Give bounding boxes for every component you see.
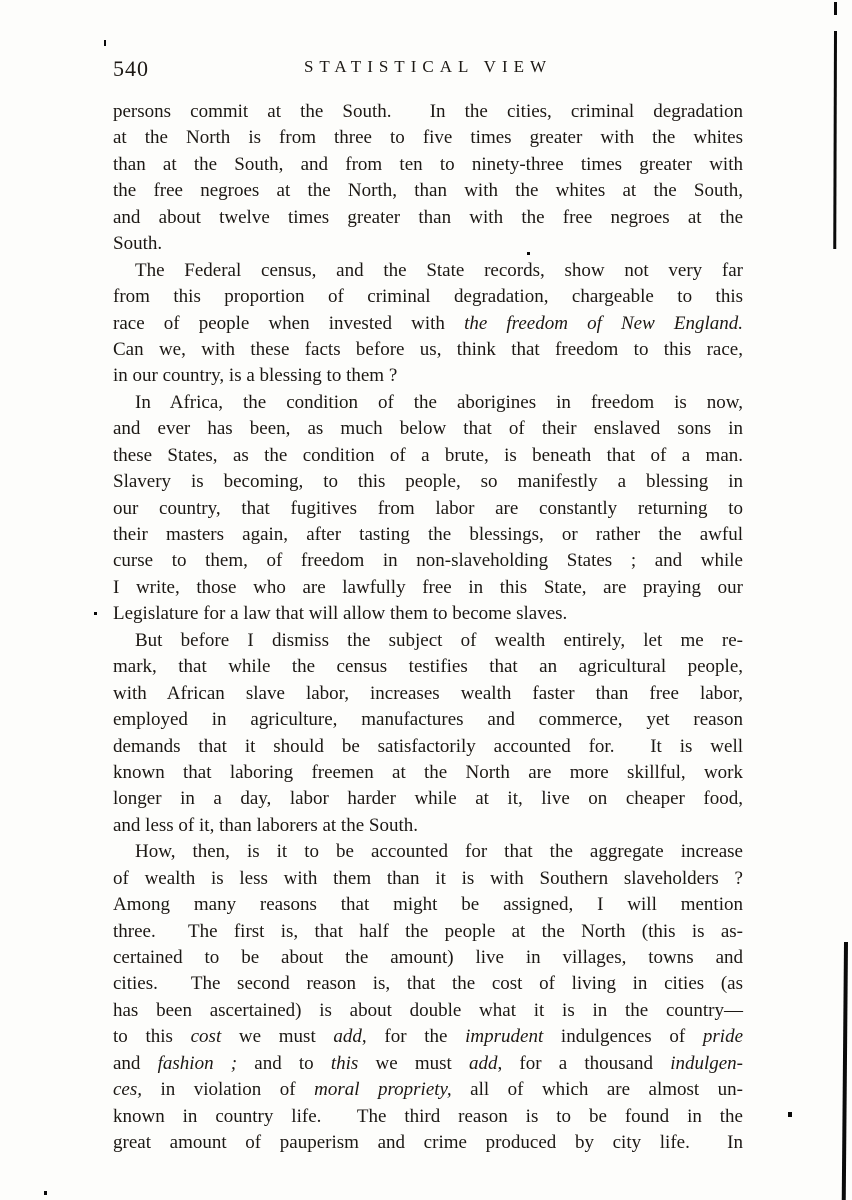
text-line: and less of it, than laborers at the Sou…	[113, 813, 743, 839]
text-line: known that laboring freemen at the North…	[113, 760, 743, 786]
text-line: at the North is from three to five times…	[113, 125, 743, 151]
paragraph: In Africa, the condition of the aborigin…	[113, 390, 743, 628]
text-line: than at the South, and from ten to ninet…	[113, 152, 743, 178]
text-line: Legislature for a law that will allow th…	[113, 601, 743, 627]
text-line: The Federal census, and the State record…	[113, 258, 743, 284]
scan-artifact-speck	[94, 612, 97, 615]
book-page: 540 STATISTICAL VIEW persons commit at t…	[0, 0, 852, 1200]
text-line: and fashion ; and to this we must add, f…	[113, 1051, 743, 1077]
text-line: with African slave labor, increases weal…	[113, 681, 743, 707]
text-line: their masters again, after tasting the b…	[113, 522, 743, 548]
text-line: these States, as the condition of a brut…	[113, 443, 743, 469]
text-line: from this proportion of criminal degrada…	[113, 284, 743, 310]
scan-artifact-right-line-bottom	[842, 942, 848, 1200]
text-line: South.	[113, 231, 743, 257]
text-line: to this cost we must add, for the imprud…	[113, 1024, 743, 1050]
text-line: In Africa, the condition of the aborigin…	[113, 390, 743, 416]
text-line: employed in agriculture, manufactures an…	[113, 707, 743, 733]
running-title: STATISTICAL VIEW	[113, 57, 743, 77]
paragraph: persons commit at the South. In the citi…	[113, 99, 743, 258]
text-line: longer in a day, labor harder while at i…	[113, 786, 743, 812]
text-line: But before I dismiss the subject of weal…	[113, 628, 743, 654]
paragraph: How, then, is it to be accounted for tha…	[113, 839, 743, 1156]
text-line: ces, in violation of moral propriety, al…	[113, 1077, 743, 1103]
text-line: our country, that fugitives from labor a…	[113, 496, 743, 522]
text-line: the free negroes at the North, than with…	[113, 178, 743, 204]
page-header: 540 STATISTICAL VIEW	[113, 54, 743, 84]
text-line: cities. The second reason is, that the c…	[113, 971, 743, 997]
text-line: of wealth is less with them than it is w…	[113, 866, 743, 892]
text-line: race of people when invested with the fr…	[113, 311, 743, 337]
text-line: Among many reasons that might be assigne…	[113, 892, 743, 918]
scan-artifact-right-line-top	[833, 31, 837, 249]
text-line: demands that it should be satisfactorily…	[113, 734, 743, 760]
paragraph: The Federal census, and the State record…	[113, 258, 743, 390]
scan-artifact-speck	[527, 252, 530, 255]
text-line: known in country life. The third reason …	[113, 1104, 743, 1130]
text-line: certained to be about the amount) live i…	[113, 945, 743, 971]
text-line: persons commit at the South. In the citi…	[113, 99, 743, 125]
text-line: I write, those who are lawfully free in …	[113, 575, 743, 601]
text-line: Slavery is becoming, to this people, so …	[113, 469, 743, 495]
text-line: curse to them, of freedom in non-slaveho…	[113, 548, 743, 574]
text-line: and about twelve times greater than with…	[113, 205, 743, 231]
text-line: How, then, is it to be accounted for tha…	[113, 839, 743, 865]
text-line: mark, that while the census testifies th…	[113, 654, 743, 680]
text-line: great amount of pauperism and crime prod…	[113, 1130, 743, 1156]
scan-artifact-speck	[44, 1191, 47, 1195]
scan-artifact-speck	[788, 1112, 792, 1117]
scan-artifact-top-tick	[834, 2, 837, 15]
text-line: in our country, is a blessing to them ?	[113, 363, 743, 389]
page-text: persons commit at the South. In the citi…	[113, 99, 743, 1157]
text-line: and ever has been, as much below that of…	[113, 416, 743, 442]
paragraph: But before I dismiss the subject of weal…	[113, 628, 743, 840]
scan-artifact-speck	[104, 40, 106, 46]
text-line: has been ascertained) is about double wh…	[113, 998, 743, 1024]
text-line: Can we, with these facts before us, thin…	[113, 337, 743, 363]
text-line: three. The first is, that half the peopl…	[113, 919, 743, 945]
